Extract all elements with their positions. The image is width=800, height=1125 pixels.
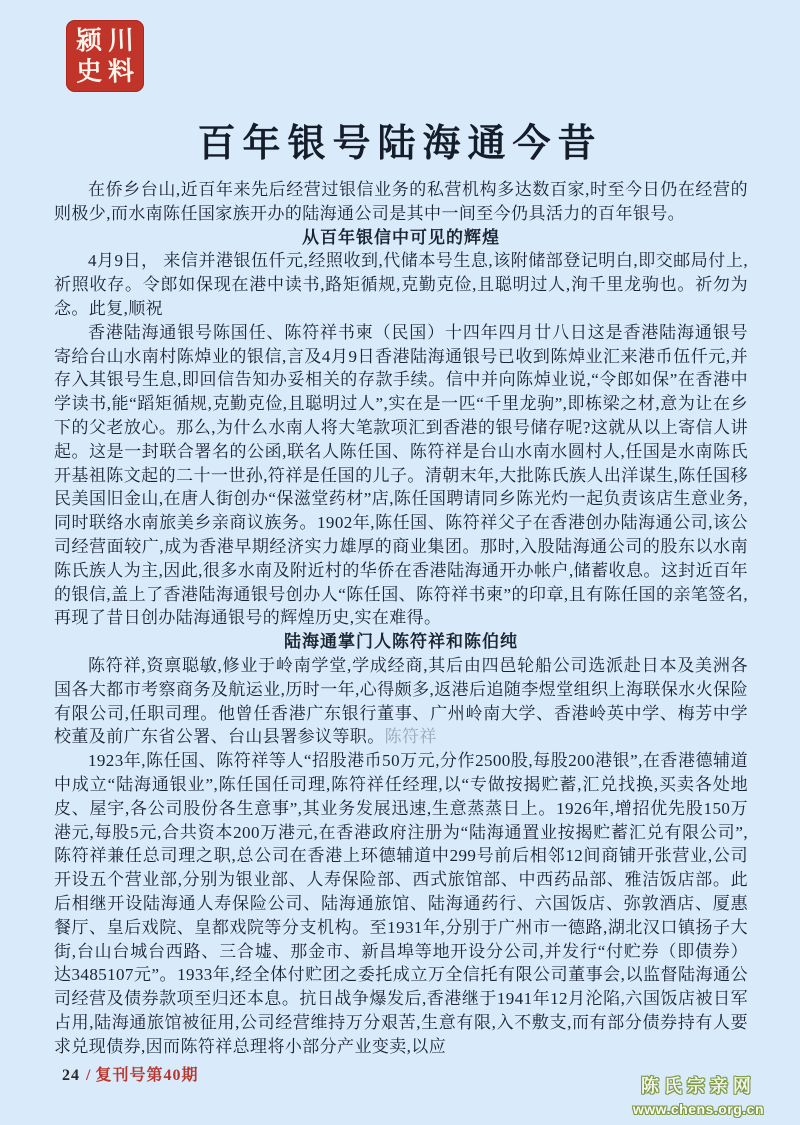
- paragraph: 香港陆海通银号陈国任、陈符祥书柬（民国）十四年四月廿八日这是香港陆海通银号寄给台…: [54, 321, 748, 630]
- photo-caption: 陈符祥: [385, 727, 437, 746]
- watermark-site-name: 陈氏宗亲网: [633, 1072, 764, 1098]
- paragraph: 1923年,陈任国、陈符祥等人“招股港币50万元,分作2500股,每股200港银…: [54, 749, 748, 1058]
- issue-label: 复刊号第40期: [95, 1067, 198, 1084]
- page-number: 24: [62, 1067, 80, 1084]
- site-watermark: 陈氏宗亲网 www.chens.org.cn: [633, 1072, 764, 1117]
- paragraph: 4月9日， 来信并港银伍仟元,经照收到,代储本号生息,该附储部登记明白,即交邮局…: [54, 249, 748, 320]
- section-heading: 陆海通掌门人陈符祥和陈伯纯: [54, 630, 748, 654]
- watermark-site-url: www.chens.org.cn: [633, 1101, 764, 1117]
- paragraph: 陈符祥,资禀聪敏,修业于岭南学堂,学成经商,其后由四邑轮船公司选派赴日本及美洲各…: [54, 654, 748, 749]
- seal-char: 川: [108, 27, 135, 54]
- document-page: 颍 川 史 料 百年银号陆海通今昔 在侨乡台山,近百年来先后经营过银信业务的私营…: [0, 0, 800, 1125]
- seal-char: 颍: [76, 27, 103, 54]
- page-footer: 24/复刊号第40期: [62, 1062, 198, 1085]
- journal-seal-logo: 颍 川 史 料: [66, 20, 144, 92]
- article-title: 百年银号陆海通今昔: [0, 112, 800, 167]
- seal-char: 史: [76, 58, 103, 85]
- article-body: 在侨乡台山,近百年来先后经营过银信业务的私营机构多达数百家,时至今日仍在经营的则…: [54, 178, 748, 1058]
- paragraph: 在侨乡台山,近百年来先后经营过银信业务的私营机构多达数百家,时至今日仍在经营的则…: [54, 178, 748, 226]
- section-heading: 从百年银信中可见的辉煌: [54, 226, 748, 250]
- seal-char: 料: [108, 58, 135, 85]
- footer-separator: /: [86, 1067, 91, 1084]
